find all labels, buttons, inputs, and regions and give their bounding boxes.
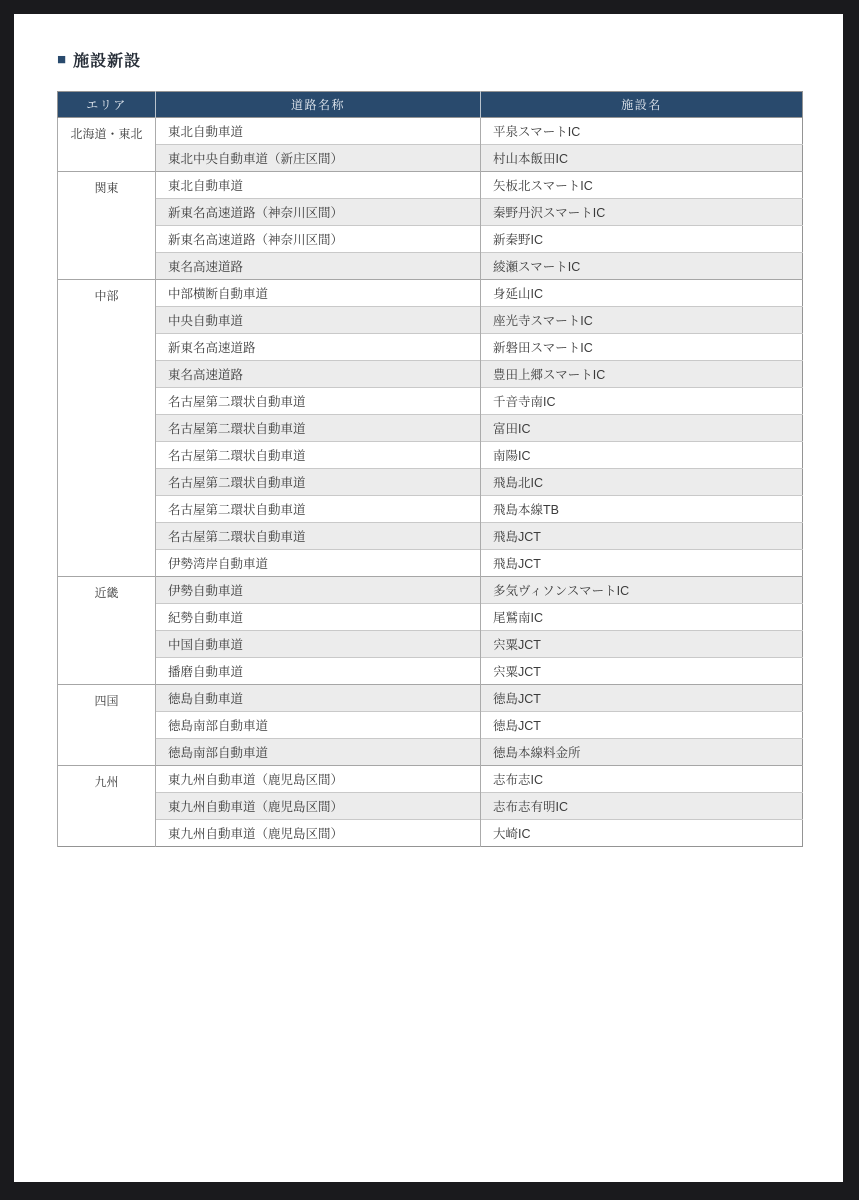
facility-cell: 飛島本線TB (481, 496, 803, 523)
page-content: ■ 施設新設 エリア 道路名称 施設名 北海道・東北東北自動車道平泉スマートIC… (57, 48, 802, 847)
table-row: 中国自動車道宍粟JCT (58, 631, 803, 658)
road-cell: 播磨自動車道 (156, 658, 481, 685)
table-row: 名古屋第二環状自動車道飛島北IC (58, 469, 803, 496)
table-row: 東名高速道路綾瀬スマートIC (58, 253, 803, 280)
facility-cell: 村山本飯田IC (481, 145, 803, 172)
facility-cell: 綾瀬スマートIC (481, 253, 803, 280)
table-row: 新東名高速道路（神奈川区間）新秦野IC (58, 226, 803, 253)
road-cell: 徳島自動車道 (156, 685, 481, 712)
road-cell: 名古屋第二環状自動車道 (156, 523, 481, 550)
facilities-table: エリア 道路名称 施設名 北海道・東北東北自動車道平泉スマートIC東北中央自動車… (57, 91, 803, 847)
header-row: エリア 道路名称 施設名 (58, 92, 803, 118)
road-cell: 東北中央自動車道（新庄区間） (156, 145, 481, 172)
table-row: 関東東北自動車道矢板北スマートIC (58, 172, 803, 199)
road-cell: 名古屋第二環状自動車道 (156, 496, 481, 523)
road-cell: 新東名高速道路（神奈川区間） (156, 199, 481, 226)
header-facility: 施設名 (481, 92, 803, 118)
section-title: ■ 施設新設 (57, 48, 802, 71)
table-header: エリア 道路名称 施設名 (58, 92, 803, 118)
facility-cell: 飛島JCT (481, 523, 803, 550)
facility-cell: 平泉スマートIC (481, 118, 803, 145)
facility-cell: 座光寺スマートIC (481, 307, 803, 334)
table-row: 近畿伊勢自動車道多気ヴィソンスマートIC (58, 577, 803, 604)
facility-cell: 千音寺南IC (481, 388, 803, 415)
facility-cell: 志布志有明IC (481, 793, 803, 820)
road-cell: 東北自動車道 (156, 172, 481, 199)
road-cell: 東名高速道路 (156, 361, 481, 388)
table-row: 伊勢湾岸自動車道飛島JCT (58, 550, 803, 577)
road-cell: 伊勢自動車道 (156, 577, 481, 604)
road-cell: 新東名高速道路 (156, 334, 481, 361)
table-row: 名古屋第二環状自動車道飛島JCT (58, 523, 803, 550)
table-row: 東名高速道路豊田上郷スマートIC (58, 361, 803, 388)
table-row: 徳島南部自動車道徳島JCT (58, 712, 803, 739)
road-cell: 東北自動車道 (156, 118, 481, 145)
table-row: 新東名高速道路新磐田スマートIC (58, 334, 803, 361)
square-bullet-icon: ■ (57, 52, 67, 67)
facility-cell: 身延山IC (481, 280, 803, 307)
table-row: 九州東九州自動車道（鹿児島区間）志布志IC (58, 766, 803, 793)
road-cell: 中部横断自動車道 (156, 280, 481, 307)
area-cell: 四国 (58, 685, 156, 766)
road-cell: 東九州自動車道（鹿児島区間） (156, 793, 481, 820)
table-row: 東九州自動車道（鹿児島区間）志布志有明IC (58, 793, 803, 820)
facility-cell: 秦野丹沢スマートIC (481, 199, 803, 226)
table-row: 中部中部横断自動車道身延山IC (58, 280, 803, 307)
area-cell: 北海道・東北 (58, 118, 156, 172)
road-cell: 徳島南部自動車道 (156, 712, 481, 739)
table-row: 播磨自動車道宍粟JCT (58, 658, 803, 685)
road-cell: 徳島南部自動車道 (156, 739, 481, 766)
facility-cell: 大崎IC (481, 820, 803, 847)
road-cell: 東九州自動車道（鹿児島区間） (156, 766, 481, 793)
table-row: 東九州自動車道（鹿児島区間）大崎IC (58, 820, 803, 847)
facility-cell: 飛島北IC (481, 469, 803, 496)
facility-cell: 宍粟JCT (481, 631, 803, 658)
road-cell: 紀勢自動車道 (156, 604, 481, 631)
facility-cell: 矢板北スマートIC (481, 172, 803, 199)
road-cell: 中国自動車道 (156, 631, 481, 658)
road-cell: 名古屋第二環状自動車道 (156, 388, 481, 415)
table-row: 名古屋第二環状自動車道南陽IC (58, 442, 803, 469)
table-row: 四国徳島自動車道徳島JCT (58, 685, 803, 712)
facility-cell: 富田IC (481, 415, 803, 442)
facility-cell: 徳島JCT (481, 685, 803, 712)
table-row: 中央自動車道座光寺スマートIC (58, 307, 803, 334)
road-cell: 新東名高速道路（神奈川区間） (156, 226, 481, 253)
road-cell: 名古屋第二環状自動車道 (156, 415, 481, 442)
road-cell: 名古屋第二環状自動車道 (156, 469, 481, 496)
header-road: 道路名称 (156, 92, 481, 118)
facility-cell: 徳島本線料金所 (481, 739, 803, 766)
table-row: 徳島南部自動車道徳島本線料金所 (58, 739, 803, 766)
table-row: 新東名高速道路（神奈川区間）秦野丹沢スマートIC (58, 199, 803, 226)
table-row: 名古屋第二環状自動車道富田IC (58, 415, 803, 442)
facility-cell: 尾鷲南IC (481, 604, 803, 631)
facility-cell: 徳島JCT (481, 712, 803, 739)
area-cell: 関東 (58, 172, 156, 280)
facility-cell: 南陽IC (481, 442, 803, 469)
area-cell: 近畿 (58, 577, 156, 685)
facility-cell: 多気ヴィソンスマートIC (481, 577, 803, 604)
facility-cell: 新磐田スマートIC (481, 334, 803, 361)
table-body: 北海道・東北東北自動車道平泉スマートIC東北中央自動車道（新庄区間）村山本飯田I… (58, 118, 803, 847)
table-row: 紀勢自動車道尾鷲南IC (58, 604, 803, 631)
road-cell: 東名高速道路 (156, 253, 481, 280)
road-cell: 東九州自動車道（鹿児島区間） (156, 820, 481, 847)
header-area: エリア (58, 92, 156, 118)
facility-cell: 飛島JCT (481, 550, 803, 577)
facility-cell: 志布志IC (481, 766, 803, 793)
table-row: 名古屋第二環状自動車道飛島本線TB (58, 496, 803, 523)
area-cell: 中部 (58, 280, 156, 577)
road-cell: 中央自動車道 (156, 307, 481, 334)
table-row: 名古屋第二環状自動車道千音寺南IC (58, 388, 803, 415)
facility-cell: 新秦野IC (481, 226, 803, 253)
document-page: ■ 施設新設 エリア 道路名称 施設名 北海道・東北東北自動車道平泉スマートIC… (14, 14, 843, 1182)
dark-frame: ■ 施設新設 エリア 道路名称 施設名 北海道・東北東北自動車道平泉スマートIC… (0, 0, 859, 1200)
facility-cell: 宍粟JCT (481, 658, 803, 685)
section-title-text: 施設新設 (73, 48, 141, 71)
area-cell: 九州 (58, 766, 156, 847)
facility-cell: 豊田上郷スマートIC (481, 361, 803, 388)
table-row: 北海道・東北東北自動車道平泉スマートIC (58, 118, 803, 145)
road-cell: 伊勢湾岸自動車道 (156, 550, 481, 577)
road-cell: 名古屋第二環状自動車道 (156, 442, 481, 469)
table-row: 東北中央自動車道（新庄区間）村山本飯田IC (58, 145, 803, 172)
